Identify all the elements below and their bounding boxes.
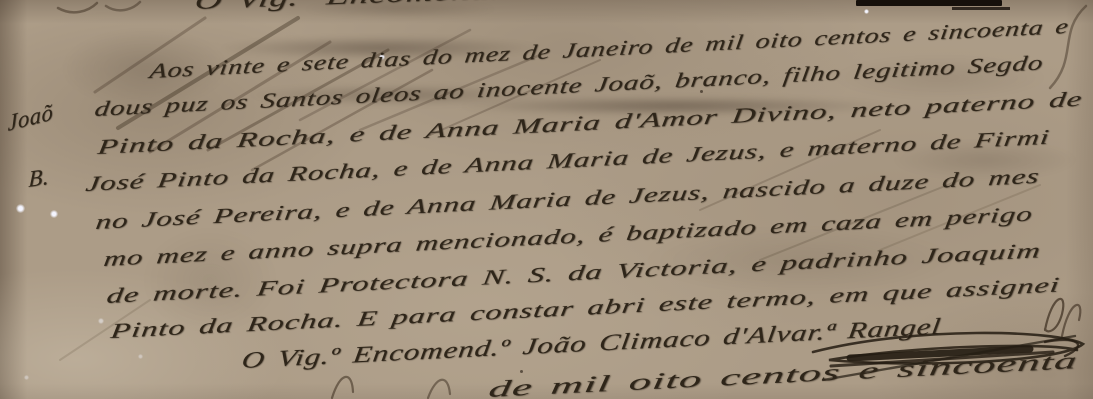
top-edge-ink-underline	[952, 7, 1010, 10]
top-edge-ink-bar	[856, 0, 1002, 6]
paper-hole	[16, 204, 25, 213]
manuscript-page: Joaõ B. O Vig.º Encomend.º J Aos vinte e…	[0, 0, 1093, 399]
paper-hole	[50, 210, 58, 218]
paper-hole	[138, 354, 143, 359]
margin-initial: B.	[28, 163, 50, 194]
paper-hole	[864, 9, 869, 14]
paper-hole	[98, 318, 104, 324]
fly-speck	[520, 370, 523, 373]
margin-name: Joaõ	[7, 98, 54, 138]
paper-hole	[24, 375, 29, 380]
previous-record-signature-partial: O Vig.º Encomend.º J	[193, 0, 547, 16]
